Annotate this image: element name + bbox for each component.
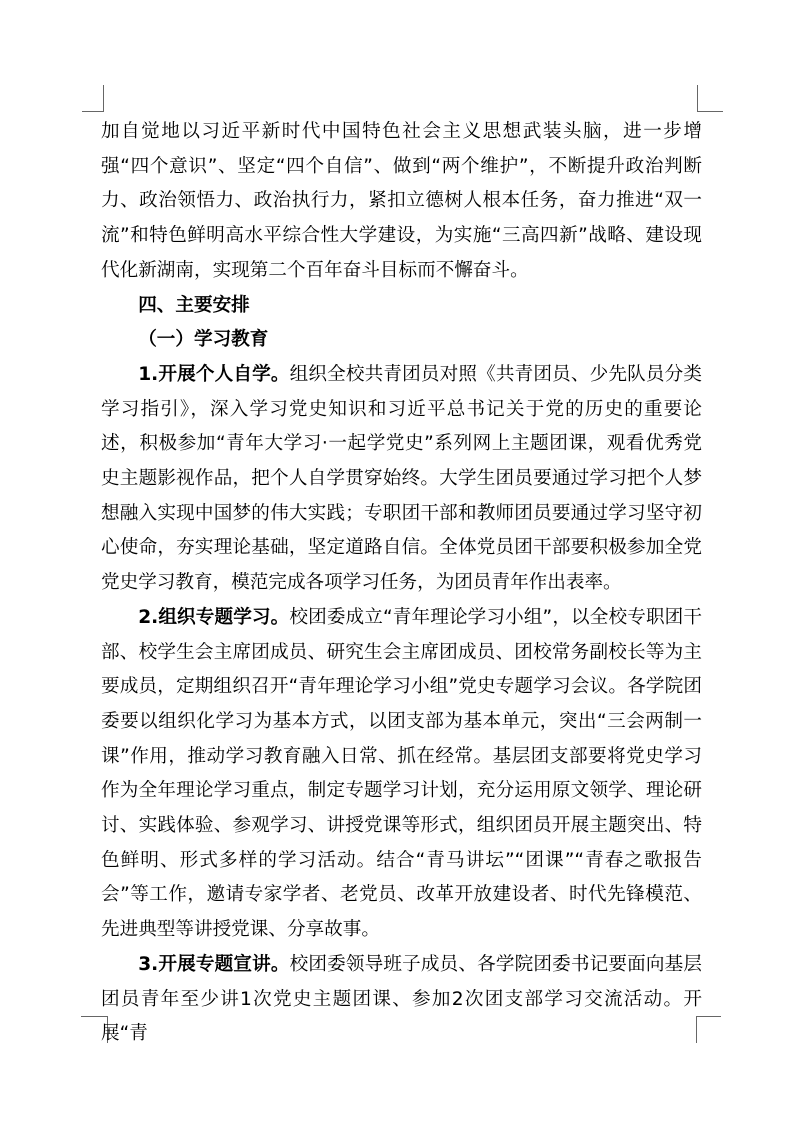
item-1-lead: 1.开展个人自学。 — [138, 364, 289, 385]
section-heading: 四、主要安排 — [101, 289, 702, 324]
item-paragraph-3: 3.开展专题宣讲。校团委领导班子成员、各学院团委书记要面向基层团员青年至少讲1次… — [101, 948, 702, 1052]
document-page: 加自觉地以习近平新时代中国特色社会主义思想武装头脑，进一步增强“四个意识”、坚定… — [0, 0, 794, 1123]
item-paragraph-1: 1.开展个人自学。组织全校共青团员对照《共青团员、少先队员分类学习指引》，深入学… — [101, 358, 702, 601]
item-1-body: 组织全校共青团员对照《共青团员、少先队员分类学习指引》，深入学习党史知识和习近平… — [101, 364, 702, 593]
item-paragraph-2: 2.组织专题学习。校团委成立“青年理论学习小组”，以全校专职团干部、校学生会主席… — [101, 601, 702, 948]
item-3-lead: 3.开展专题宣讲。 — [138, 954, 289, 975]
item-2-lead: 2.组织专题学习。 — [138, 607, 289, 628]
subsection-heading: （一）学习教育 — [101, 323, 702, 358]
item-2-body: 校团委成立“青年理论学习小组”，以全校专职团干部、校学生会主席团成员、研究生会主… — [101, 607, 702, 940]
document-body: 加自觉地以习近平新时代中国特色社会主义思想武装头脑，进一步增强“四个意识”、坚定… — [101, 115, 702, 1052]
crop-mark-top-right — [697, 85, 723, 112]
continuation-paragraph: 加自觉地以习近平新时代中国特色社会主义思想武装头脑，进一步增强“四个意识”、坚定… — [101, 115, 702, 289]
crop-mark-top-left — [82, 85, 104, 112]
